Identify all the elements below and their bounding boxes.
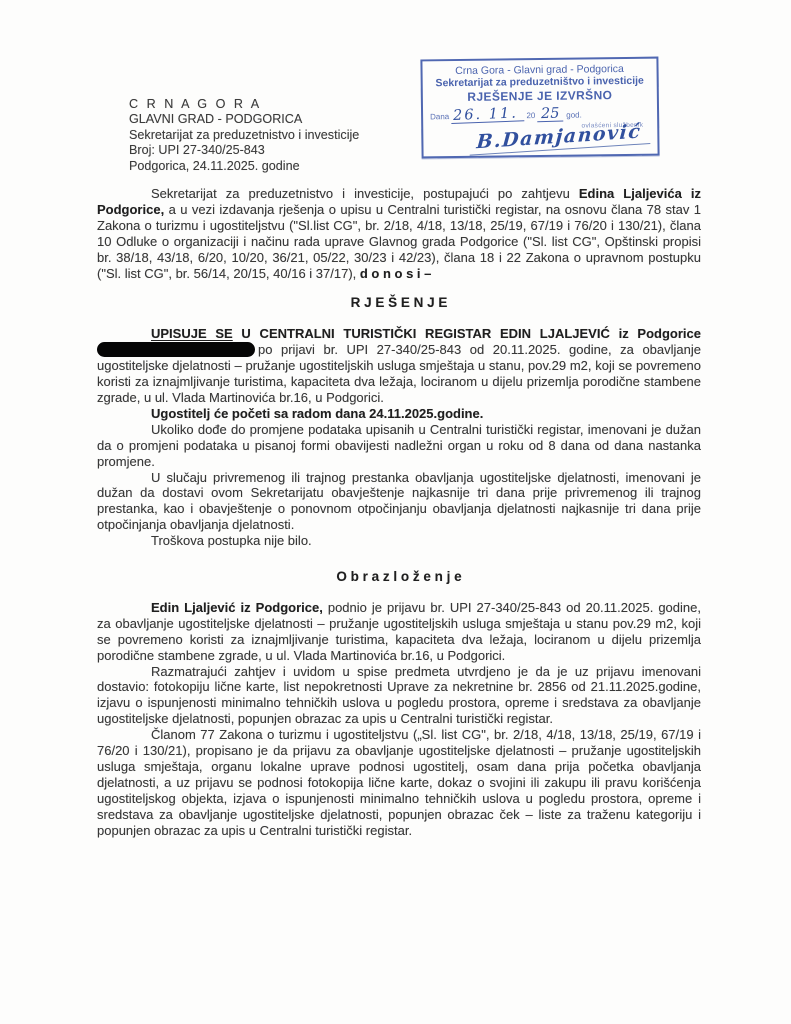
applicant-paragraph: Edin Ljaljević iz Podgorice, podnio je p… — [97, 600, 701, 664]
registration-verb: UPISUJE SE — [151, 326, 233, 341]
stamp-executed-line: RJEŠENJE JE IZVRŠNO — [423, 88, 657, 105]
document-page: C R N A G O R A GLAVNI GRAD - PODGORICA … — [0, 0, 791, 1024]
letterhead-country: C R N A G O R A — [129, 97, 359, 112]
start-date-line: Ugostitelj će početi sa radom dana 24.11… — [97, 406, 701, 422]
letterhead-department: Sekretarijat za preduzetnistvo i investi… — [129, 128, 359, 143]
stamp-signature: B.Damjanović — [470, 120, 653, 156]
letterhead-place-date: Podgorica, 24.11.2025. godine — [129, 159, 359, 174]
stamp-year-prefix: 20 — [526, 111, 535, 120]
cessation-paragraph: U slučaju privremenog ili trajnog presta… — [97, 470, 701, 534]
document-body: Sekretarijat za preduzetnistvo i investi… — [97, 186, 701, 839]
explanation-title: O b r a z l o ž e n j e — [97, 569, 701, 585]
applicant-name: Edin Ljaljević iz Podgorice, — [151, 600, 323, 615]
stamp-handwritten-year: 25 — [537, 107, 564, 122]
evidence-paragraph: Razmatrajući zahtjev i uvidom u spise pr… — [97, 664, 701, 728]
stamp-signature-row: ovlašćeni službenik B.Damjanović — [423, 121, 657, 158]
intro-lead: Sekretarijat za preduzetnistvo i investi… — [151, 186, 579, 201]
stamp-dana-label: Dana — [430, 112, 449, 121]
costs-line: Troškova postupka nije bilo. — [97, 533, 701, 549]
registration-subject: U CENTRALNI TURISTIČKI REGISTAR EDIN LJA… — [233, 326, 701, 341]
redaction-bar — [97, 342, 255, 357]
intro-paragraph: Sekretarijat za preduzetnistvo i investi… — [97, 186, 701, 281]
law-paragraph: Članom 77 Zakona o turizmu i ugostiteljs… — [97, 727, 701, 838]
letterhead-city: GLAVNI GRAD - PODGORICA — [129, 112, 359, 127]
stamp-god-label: god. — [566, 110, 582, 119]
start-date-text: Ugostitelj će početi sa radom dana 24.11… — [151, 406, 483, 421]
decision-title: R J E Š E N J E — [97, 295, 701, 311]
letterhead-case-number: Broj: UPI 27-340/25-843 — [129, 143, 359, 158]
registration-paragraph: UPISUJE SE U CENTRALNI TURISTIČKI REGIST… — [97, 326, 701, 406]
letterhead: C R N A G O R A GLAVNI GRAD - PODGORICA … — [129, 97, 359, 174]
executed-stamp: Crna Gora - Glavni grad - Podgorica Sekr… — [420, 57, 659, 159]
intro-closing: d o n o s i – — [360, 266, 432, 281]
data-change-paragraph: Ukoliko dođe do promjene podataka upisan… — [97, 422, 701, 470]
